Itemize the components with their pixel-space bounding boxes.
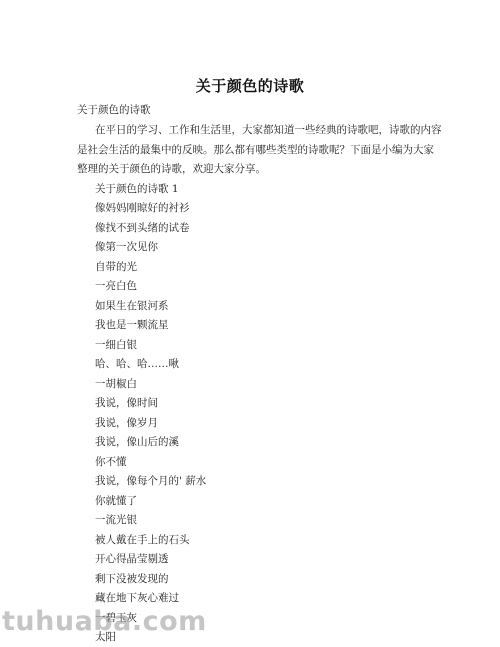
document-subtitle: 关于颜色的诗歌 [77,103,151,117]
poem-line: 我也是一颗流星 [95,318,169,332]
poem-line: 被人戴在手上的石头 [95,533,190,547]
poem-line: 一细白银 [95,338,137,352]
poem-line: 剩下没被发现的 [95,572,169,586]
poem-line: 你不懂 [95,455,127,469]
poem-line: 我说，像时间 [95,396,158,410]
poem-line: 哈、哈、哈……啾 [95,357,179,371]
intro-line: 在平日的学习、工作和生活里，大家都知道一些经典的诗歌吧，诗歌的内容 [95,123,445,137]
poem-line: 自带的光 [95,260,137,274]
poem-line: 像第一次见你 [95,240,158,254]
section-heading: 关于颜色的诗歌 1 [95,182,179,196]
poem-line: 你就懂了 [95,494,137,508]
document-page: 关于颜色的诗歌 关于颜色的诗歌 在平日的学习、工作和生活里，大家都知道一些经典的… [0,0,500,647]
poem-line: 像找不到头绪的试卷 [95,221,190,235]
document-title: 关于颜色的诗歌 [0,75,500,96]
poem-line: 一胡椒白 [95,377,137,391]
poem-line: 一流光银 [95,513,137,527]
poem-line: 开心得晶莹剔透 [95,552,169,566]
poem-line: 如果生在银河系 [95,299,169,313]
poem-line: 藏在地下灰心难过 [95,591,179,605]
poem-line: 像妈妈刚晾好的衬衫 [95,201,190,215]
poem-line: 我说，像每个月的' 薪水 [95,474,206,488]
watermark: tuhuaba.com [2,606,207,637]
intro-line: 整理的关于颜色的诗歌，欢迎大家分享。 [77,162,427,176]
poem-line: 一亮白色 [95,279,137,293]
poem-line: 我说，像岁月 [95,416,158,430]
poem-line: 我说，像山后的溪 [95,435,179,449]
intro-line: 是社会生活的最集中的反映。那么都有哪些类型的诗歌呢？下面是小编为大家 [77,143,427,157]
